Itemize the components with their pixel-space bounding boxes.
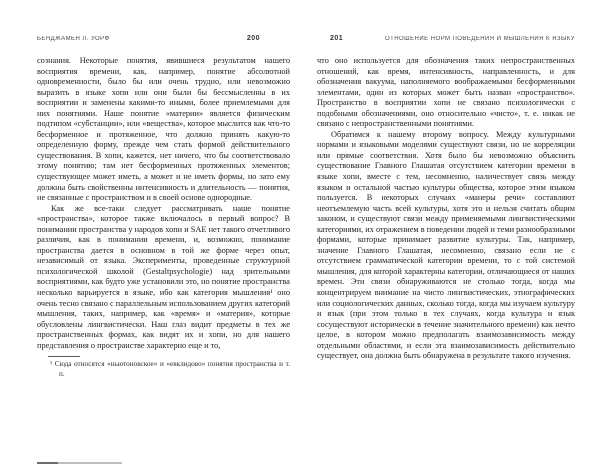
right-page: 201 ОТНОШЕНИЕ НОРМ ПОВЕДЕНИЯ И МЫШЛЕНИЯ …	[317, 35, 575, 362]
paragraph: Как же все-таки следует рассматривать на…	[37, 204, 290, 352]
footnote-rule	[48, 356, 80, 357]
left-page: БЕНДЖАМЕН Л. УОРФ 200 сознания. Некоторы…	[37, 35, 290, 379]
right-page-number: 201	[330, 35, 343, 42]
author-running-head: БЕНДЖАМЕН Л. УОРФ	[37, 36, 110, 42]
left-page-body: сознания. Некоторые понятия, явившиеся р…	[37, 56, 290, 351]
right-page-body: что оно используется для обозначения так…	[317, 56, 575, 362]
paragraph: Обратимся к нашему второму вопросу. Межд…	[317, 130, 575, 362]
chapter-running-head: ОТНОШЕНИЕ НОРМ ПОВЕДЕНИЯ И МЫШЛЕНИЯ К ЯЗ…	[385, 36, 575, 42]
left-page-header: БЕНДЖАМЕН Л. УОРФ 200	[37, 35, 290, 45]
paragraph: что оно используется для обозначения так…	[317, 56, 575, 130]
scrollbar-track[interactable]	[37, 462, 122, 464]
scrollbar-thumb[interactable]	[37, 462, 58, 464]
footnote: ¹ Сюда относятся «ньютоновское» и «евкли…	[37, 360, 290, 379]
paragraph: сознания. Некоторые понятия, явившиеся р…	[37, 56, 290, 204]
left-page-number: 200	[247, 35, 260, 42]
right-page-header: 201 ОТНОШЕНИЕ НОРМ ПОВЕДЕНИЯ И МЫШЛЕНИЯ …	[317, 35, 575, 45]
